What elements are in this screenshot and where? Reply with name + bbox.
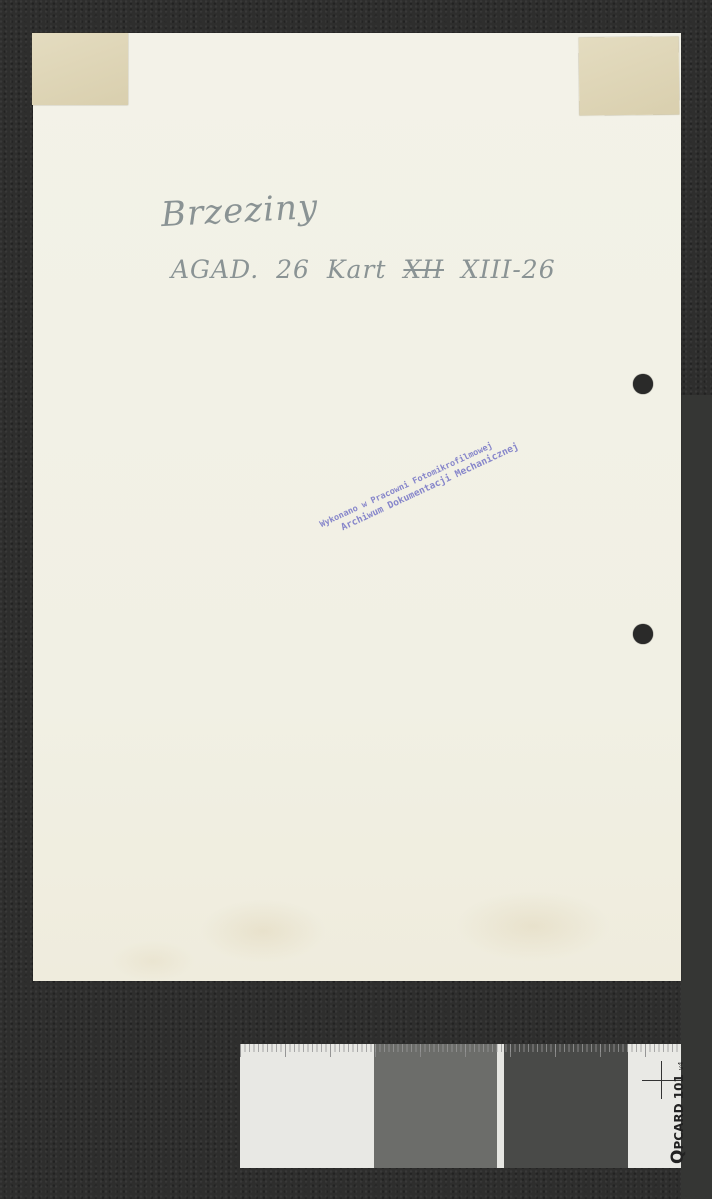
patch-white [240,1044,374,1168]
punch-hole-icon [633,374,653,394]
card-label-panel: QPCARD 101v4 [628,1044,681,1168]
patch-gap [497,1044,504,1168]
punch-hole-icon [633,624,653,644]
brand-q: Q [668,1150,688,1164]
handwritten-title: Brzeziny [160,187,319,235]
foxing-stains [33,871,681,981]
brand-version: v4 [677,1062,685,1071]
reference-suffix: XIII-26 [461,255,556,284]
ruler-scale [240,1044,681,1058]
patch-dark-gray [504,1044,628,1168]
struck-text: XII [403,255,444,284]
color-calibration-card: QPCARD 101v4 [240,1044,681,1168]
tape-left [32,33,128,105]
reference-prefix: AGAD. 26 Kart [171,255,386,284]
card-brand: QPCARD 101v4 [668,1062,688,1164]
patch-mid-gray [374,1044,497,1168]
brand-name: PCARD 101 [672,1074,686,1149]
tape-right [579,36,680,115]
handwritten-reference: AGAD. 26 Kart XII XIII-26 [171,255,556,284]
